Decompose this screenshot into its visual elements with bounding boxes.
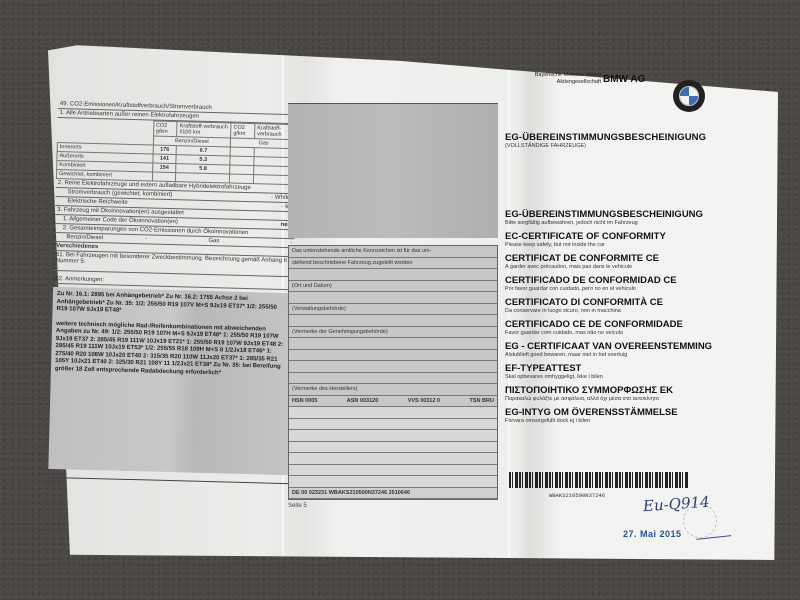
- certificate-sv: EG-INTYG OM ÖVERENSSTÄMMELSE Förvara oms…: [505, 408, 745, 424]
- barcode-text: WBAKS210500N37246: [549, 492, 605, 499]
- cover-page: Bayerische Motoren Werke Aktiengesellsch…: [503, 72, 743, 552]
- page-4: 49. CO2-Emissionen/Kraftstoffverbrauch/S…: [48, 100, 298, 506]
- registration-text-2: stehend beschriebene Fahrzeug zugeteilt …: [289, 258, 497, 270]
- manufacturer-notes-label: (Vermerke des Herstellers): [289, 384, 497, 396]
- company-name: BMW AG: [603, 74, 645, 85]
- certificate-el: ΠΙΣΤΟΠΟΙΗΤΙΚΟ ΣΥΜΜΟΡΦΩΣΗΣ ΕΚ Παρακαλώ φυ…: [505, 386, 745, 402]
- vvs-code: VVS 00312 0: [408, 398, 440, 405]
- remarks-paragraph-2: weitere technisch mögliche Rad-/Reifenko…: [55, 321, 288, 380]
- tsn-code: TSN BRU: [470, 398, 494, 405]
- header-co2-gas: CO2 g/km: [231, 123, 255, 139]
- authority-label: (Verwaltungsbehörde): [289, 304, 497, 316]
- header-fuel: Kraftstoff-verbrauch l/100 km: [177, 122, 231, 138]
- bmw-roundel-icon: [673, 80, 705, 112]
- certificate-pt: CERTIFICADO CE DE CONFORMIDADE Favor gua…: [505, 320, 745, 336]
- maker-name: Bayerische Motoren Werke Aktiengesellsch…: [511, 72, 601, 85]
- certificate-en: EC-CERTIFICATE OF CONFORMITY Please keep…: [505, 232, 745, 248]
- certificate-es: CERTIFICADO DE CONFORMIDAD CE Por favor …: [505, 276, 745, 292]
- registration-form: Das untenstehende amtliche Kennzeichen i…: [288, 245, 498, 500]
- registration-stamp-area: [288, 103, 498, 238]
- stamp-date: 27. Mai 2015: [623, 529, 682, 539]
- asn-code: ASN 003120: [347, 398, 379, 405]
- type-codes-row: HSN 0005 ASN 003120 VVS 00312 0 TSN BRU: [289, 396, 497, 408]
- emissions-table: CO2 g/km Kraftstoff-verbrauch l/100 km C…: [56, 118, 298, 185]
- main-subtitle: (VOLLSTÄNDIGE FAHRZEUGE): [505, 143, 586, 149]
- main-title: EG-ÜBEREINSTIMMUNGSBESCHEINIGUNG: [505, 132, 706, 143]
- certificate-list: EG-ÜBEREINSTIMMUNGSBESCHEINIGUNG Bitte s…: [505, 210, 745, 430]
- remarks-paragraph-1: Zu Nr. 16.1: 2895 bei Anhängebetrieb* Zu…: [56, 291, 289, 320]
- certificate-nl: EG - CERTIFICAAT VAN OVEREENSTEMMING Als…: [505, 342, 745, 358]
- barcode: [509, 472, 689, 488]
- registration-text-1: Das untenstehende amtliche Kennzeichen i…: [289, 246, 497, 258]
- vin-line: DE 00 023231 WBAKS210500N37246 2510646: [289, 488, 497, 500]
- certificate-da: EF-TYPEATTEST Skal opbevares omhyggeligt…: [505, 364, 745, 380]
- certificate-fr: CERTIFICAT DE CONFORMITE CE A garder ave…: [505, 254, 745, 270]
- page-5: Das untenstehende amtliche Kennzeichen i…: [288, 103, 498, 503]
- header-co2: CO2 g/km: [153, 121, 177, 137]
- remarks-box: Zu Nr. 16.1: 2895 bei Anhängebetrieb* Zu…: [48, 287, 293, 475]
- certificate-de: EG-ÜBEREINSTIMMUNGSBESCHEINIGUNG Bitte s…: [505, 210, 745, 226]
- approval-notes-label: (Vermerke der Genehmigungsbehörde): [289, 327, 497, 339]
- hsn-code: HSN 0005: [292, 398, 317, 405]
- place-date-label: (Ort und Datum): [289, 281, 497, 293]
- certificate-it: CERTIFICATO DI CONFORMITÀ CE Da conserva…: [505, 298, 745, 314]
- page-label-5: Seite 5: [288, 503, 498, 509]
